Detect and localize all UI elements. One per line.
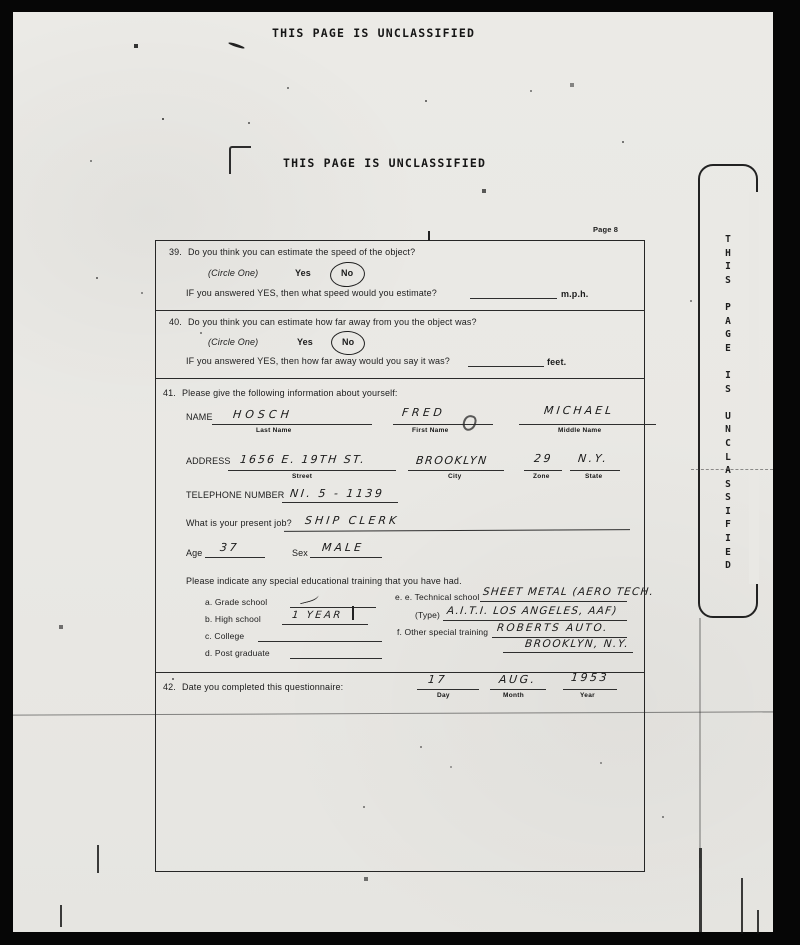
q39-number: 39.	[169, 247, 182, 257]
q41-edu-high-value: 1 YEAR	[291, 610, 343, 621]
q42-month-caption: Month	[503, 692, 524, 699]
q41-edu-high-label: b. High school	[205, 614, 261, 624]
q41-number: 41.	[163, 388, 176, 398]
page-number: Page 8	[593, 225, 618, 234]
q41-phone-label: TELEPHONE NUMBER	[186, 490, 284, 500]
q41-phone-value: NI. 5 - 1139	[289, 487, 385, 500]
q41-sex-value: MALE	[321, 541, 364, 554]
q41-street-caption: Street	[292, 473, 312, 480]
classification-banner-top: THIS PAGE IS UNCLASSIFIED	[272, 26, 475, 40]
form-box-border	[155, 240, 645, 872]
q41-middle-name-caption: Middle Name	[558, 427, 601, 434]
q41-name-label: NAME	[186, 412, 213, 422]
section-separator-q40-q41	[156, 378, 645, 379]
q41-text: Please give the following information ab…	[182, 388, 398, 398]
classification-stamp-outline-mask	[749, 192, 759, 584]
q41-edu-technical-value: SHEET METAL (AERO TECH.	[482, 586, 654, 598]
scan-artifact-tick	[352, 606, 354, 620]
q41-edu-postgrad-label: d. Post graduate	[205, 648, 270, 658]
scan-artifact-streak	[757, 910, 759, 934]
q41-first-name-caption: First Name	[412, 427, 449, 434]
q40-number: 40.	[169, 317, 182, 327]
q41-state-line	[570, 470, 620, 471]
q39-speed-answer-line	[470, 298, 557, 299]
q40-distance-answer-line	[468, 366, 544, 367]
q41-city-line	[408, 470, 504, 471]
q42-year-value: 1953	[570, 671, 609, 684]
q41-age-label: Age	[186, 548, 202, 558]
q41-edu-technical-line	[480, 601, 627, 602]
q41-edu-other-line2	[503, 652, 633, 653]
q41-job-value: SHIP CLERK	[304, 514, 400, 527]
scan-artifact-streak	[741, 878, 743, 934]
q41-zone-caption: Zone	[533, 473, 550, 480]
q39-circle-one-label: (Circle One)	[208, 268, 258, 278]
q41-sex-line	[310, 557, 382, 558]
q39-yes-option: Yes	[295, 268, 311, 278]
q41-edu-college-line	[258, 641, 382, 642]
q42-number: 42.	[163, 682, 176, 692]
q42-month-line	[490, 689, 546, 690]
q40-yes-option: Yes	[297, 337, 313, 347]
q41-zone-value: 29	[533, 452, 553, 465]
q41-edu-grade-label: a. Grade school	[205, 597, 267, 607]
q41-edu-type-label: (Type)	[415, 610, 440, 620]
q41-zone-line	[524, 470, 562, 471]
q39-text: Do you think you can estimate the speed …	[188, 247, 415, 257]
classification-banner-secondary: THIS PAGE IS UNCLASSIFIED	[283, 156, 486, 170]
q41-street-value: 1656 E. 19TH ST.	[239, 453, 366, 466]
q41-education-prompt: Please indicate any special educational …	[186, 576, 462, 586]
q41-address-label: ADDRESS	[186, 456, 231, 466]
q41-last-name-line	[212, 424, 372, 425]
q42-day-line	[417, 689, 479, 690]
q41-edu-grade-line	[290, 607, 376, 608]
q41-first-name-line	[393, 424, 493, 425]
q41-middle-name-line	[519, 424, 656, 425]
q41-city-value: BROOKLYN	[415, 454, 488, 467]
q42-day-caption: Day	[437, 692, 450, 699]
q42-year-line	[563, 689, 617, 690]
q41-street-line	[228, 470, 396, 471]
q41-phone-line	[282, 502, 398, 503]
section-separator-q39-q40	[156, 310, 645, 311]
q41-age-line	[205, 557, 265, 558]
q41-edu-other-label: f. Other special training	[397, 627, 488, 637]
q41-last-name-value: HOSCH	[232, 408, 293, 421]
scanned-document-page: THIS PAGE IS UNCLASSIFIED THIS PAGE IS U…	[0, 0, 800, 945]
q41-last-name-caption: Last Name	[256, 427, 292, 434]
q40-unit-label: feet.	[547, 357, 566, 367]
q41-sex-label: Sex	[292, 548, 308, 558]
q41-city-caption: City	[448, 473, 461, 480]
q40-circle-one-label: (Circle One)	[208, 337, 258, 347]
q40-text: Do you think you can estimate how far aw…	[188, 317, 477, 327]
scan-artifact-streak	[97, 845, 99, 873]
q41-edu-college-label: c. College	[205, 631, 244, 641]
q41-edu-type-line	[443, 620, 627, 621]
q41-edu-other-value2: BROOKLYN, N.Y.	[524, 638, 630, 650]
q41-edu-other-value: ROBERTS AUTO.	[496, 622, 609, 634]
q41-state-caption: State	[585, 473, 602, 480]
q42-text: Date you completed this questionnaire:	[182, 682, 343, 692]
q41-edu-type-value: A.I.T.I. LOS ANGELES, AAF)	[446, 605, 618, 617]
sidebar-vertical-crease	[699, 618, 701, 868]
q42-day-value: 17	[427, 673, 447, 686]
q41-first-name-value: FRED	[401, 406, 446, 419]
q41-state-value: N.Y.	[577, 452, 609, 465]
q41-age-value: 37	[219, 541, 239, 554]
q42-month-value: AUG.	[498, 673, 537, 686]
q39-if-text: IF you answered YES, then what speed wou…	[186, 288, 437, 298]
q39-unit-label: m.p.h.	[561, 289, 588, 299]
q41-edu-postgrad-line	[290, 658, 382, 659]
classification-stamp-vertical-text: T H I S P A G E I S U N C L A S S I F I …	[719, 233, 737, 573]
q40-if-text: IF you answered YES, then how far away w…	[186, 356, 450, 366]
scan-artifact-corner-bracket	[229, 146, 251, 174]
q41-edu-technical-label: e. e. Technical school	[395, 592, 479, 602]
scan-artifact-specks	[0, 0, 2, 2]
q41-edu-high-line	[282, 624, 368, 625]
q41-job-label: What is your present job?	[186, 518, 292, 528]
scan-artifact-streak	[60, 905, 62, 927]
q41-middle-name-value: MICHAEL	[543, 404, 615, 417]
q42-year-caption: Year	[580, 692, 595, 699]
scan-artifact-tick	[428, 231, 430, 241]
